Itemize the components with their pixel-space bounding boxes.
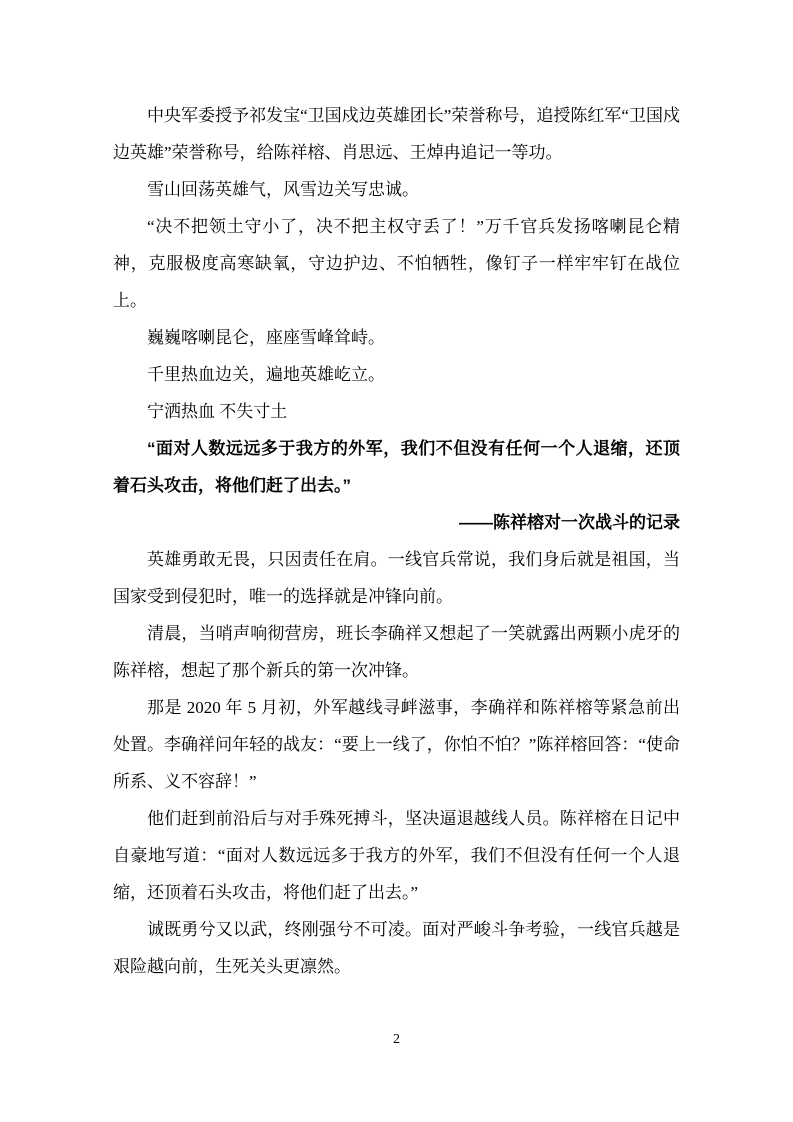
paragraph: 巍巍喀喇昆仑，座座雪峰耸峙。 (113, 319, 680, 356)
paragraph: “决不把领土守小了，决不把主权守丢了！”万千官兵发扬喀喇昆仑精神，克服极度高寒缺… (113, 208, 680, 319)
paragraph: 他们赶到前沿后与对手殊死搏斗，坚决逼退越线人员。陈祥榕在日记中自豪地写道：“面对… (113, 800, 680, 911)
document-body: 中央军委授予祁发宝“卫国戍边英雄团长”荣誉称号，追授陈红军“卫国戍边英雄”荣誉称… (113, 97, 680, 985)
quote-paragraph: “面对人数远远多于我方的外军，我们不但没有任何一个人退缩，还顶着石头攻击，将他们… (113, 430, 680, 504)
paragraph: 那是 2020 年 5 月初，外军越线寻衅滋事，李确祥和陈祥榕等紧急前出处置。李… (113, 689, 680, 800)
quote-attribution: ——陈祥榕对一次战斗的记录 (113, 504, 680, 541)
paragraph: 清晨，当哨声响彻营房，班长李确祥又想起了一笑就露出两颗小虎牙的陈祥榕，想起了那个… (113, 615, 680, 689)
page-number: 2 (0, 1030, 793, 1050)
paragraph: 中央军委授予祁发宝“卫国戍边英雄团长”荣誉称号，追授陈红军“卫国戍边英雄”荣誉称… (113, 97, 680, 171)
paragraph: 宁洒热血 不失寸土 (113, 393, 680, 430)
paragraph: 雪山回荡英雄气，风雪边关写忠诚。 (113, 171, 680, 208)
paragraph: 英雄勇敢无畏，只因责任在肩。一线官兵常说，我们身后就是祖国，当国家受到侵犯时，唯… (113, 541, 680, 615)
paragraph: 诚既勇兮又以武，终刚强兮不可凌。面对严峻斗争考验，一线官兵越是艰险越向前，生死关… (113, 911, 680, 985)
paragraph: 千里热血边关，遍地英雄屹立。 (113, 356, 680, 393)
document-page: 中央军委授予祁发宝“卫国戍边英雄团长”荣誉称号，追授陈红军“卫国戍边英雄”荣誉称… (0, 0, 793, 1122)
